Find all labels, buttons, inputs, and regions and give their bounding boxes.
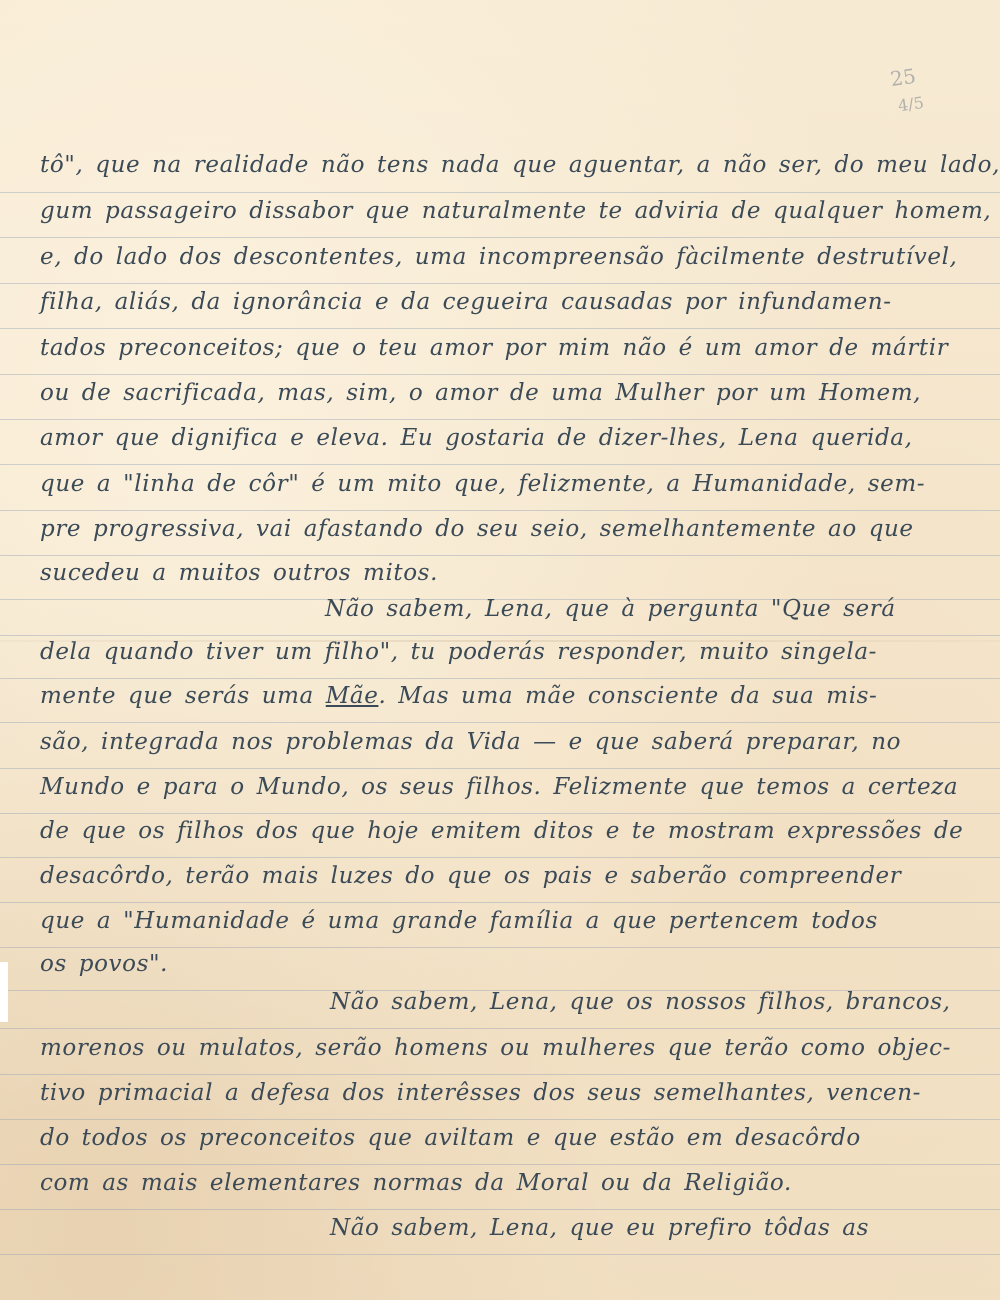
- handwritten-line-9: pre progressiva, vai afastando do seu se…: [40, 516, 914, 542]
- handwritten-line-23: do todos os preconceitos que aviltam e q…: [40, 1125, 861, 1151]
- rule-line: [0, 902, 1000, 903]
- handwritten-line-7: amor que dignifica e eleva. Eu gostaria …: [40, 425, 913, 451]
- underlined-word-mae: Mãe: [326, 683, 379, 709]
- rule-line: [0, 419, 1000, 420]
- handwritten-line-16: de que os filhos dos que hoje emitem dit…: [40, 818, 963, 844]
- paragraph-opening-line: Não sabem, Lena, que eu prefiro tôdas as: [330, 1215, 869, 1241]
- handwritten-line-14: são, integrada nos problemas da Vida — e…: [40, 729, 901, 755]
- handwritten-line-5: tados preconceitos; que o teu amor por m…: [40, 335, 948, 361]
- rule-line: [0, 328, 1000, 329]
- handwritten-line-3: e, do lado dos descontentes, uma incompr…: [40, 244, 957, 270]
- handwritten-line-6: ou de sacrificada, mas, sim, o amor de u…: [40, 380, 921, 406]
- rule-line: [0, 510, 1000, 511]
- paragraph-opening-line: Não sabem, Lena, que à pergunta "Que ser…: [325, 596, 896, 622]
- paragraph-opening-line: Não sabem, Lena, que os nossos filhos, b…: [330, 989, 951, 1015]
- handwritten-line-13: mente que serás uma Mãe. Mas uma mãe con…: [40, 683, 877, 709]
- handwritten-line-24: com as mais elementares normas da Moral …: [40, 1170, 792, 1196]
- handwritten-line-17: desacôrdo, terão mais luzes do que os pa…: [40, 863, 901, 889]
- rule-line: [0, 722, 1000, 723]
- rule-line: [0, 464, 1000, 465]
- page-number: 25: [889, 64, 918, 91]
- handwritten-line-22: tivo primacial a defesa dos interêsses d…: [40, 1080, 921, 1106]
- rule-line: [0, 678, 1000, 679]
- handwritten-line-15: Mundo e para o Mundo, os seus filhos. Fe…: [40, 774, 958, 800]
- rule-line: [0, 1119, 1000, 1120]
- rule-line: [0, 237, 1000, 238]
- handwritten-line-8: que a "linha de côr" é um mito que, feli…: [40, 471, 925, 497]
- secondary-page-mark: 4/5: [897, 94, 925, 115]
- rule-line: [0, 192, 1000, 193]
- letter-page: 25 4/5 tô", que na realidade não tens na…: [0, 0, 1000, 1300]
- handwritten-line-2: gum passageiro dissabor que naturalmente…: [40, 198, 991, 224]
- rule-line: [0, 768, 1000, 769]
- rule-line: [0, 635, 1000, 636]
- rule-line: [0, 813, 1000, 814]
- line-13-end: . Mas uma mãe consciente da sua mis-: [378, 683, 877, 709]
- handwritten-line-4: filha, aliás, da ignorância e da cegueir…: [40, 289, 892, 315]
- handwritten-line-21: morenos ou mulatos, serão homens ou mulh…: [40, 1035, 951, 1061]
- handwritten-line-18: que a "Humanidade é uma grande família a…: [40, 908, 878, 934]
- rule-line: [0, 947, 1000, 948]
- rule-line: [0, 1164, 1000, 1165]
- rule-line: [0, 283, 1000, 284]
- handwritten-line-1: tô", que na realidade não tens nada que …: [40, 152, 1000, 178]
- rule-line: [0, 1254, 1000, 1255]
- rule-line: [0, 374, 1000, 375]
- rule-line: [0, 857, 1000, 858]
- rule-line: [0, 1209, 1000, 1210]
- rule-line: [0, 1028, 1000, 1029]
- handwritten-line-12: dela quando tiver um filho", tu poderás …: [40, 639, 877, 665]
- handwritten-line-19: os povos".: [40, 951, 168, 977]
- torn-edge: [0, 962, 8, 1022]
- page-number-mark: 25 4/5: [889, 64, 925, 115]
- rule-line: [0, 555, 1000, 556]
- rule-line: [0, 1074, 1000, 1075]
- line-13-start: mente que serás uma: [40, 683, 326, 709]
- handwritten-line-10: sucedeu a muitos outros mitos.: [40, 560, 438, 586]
